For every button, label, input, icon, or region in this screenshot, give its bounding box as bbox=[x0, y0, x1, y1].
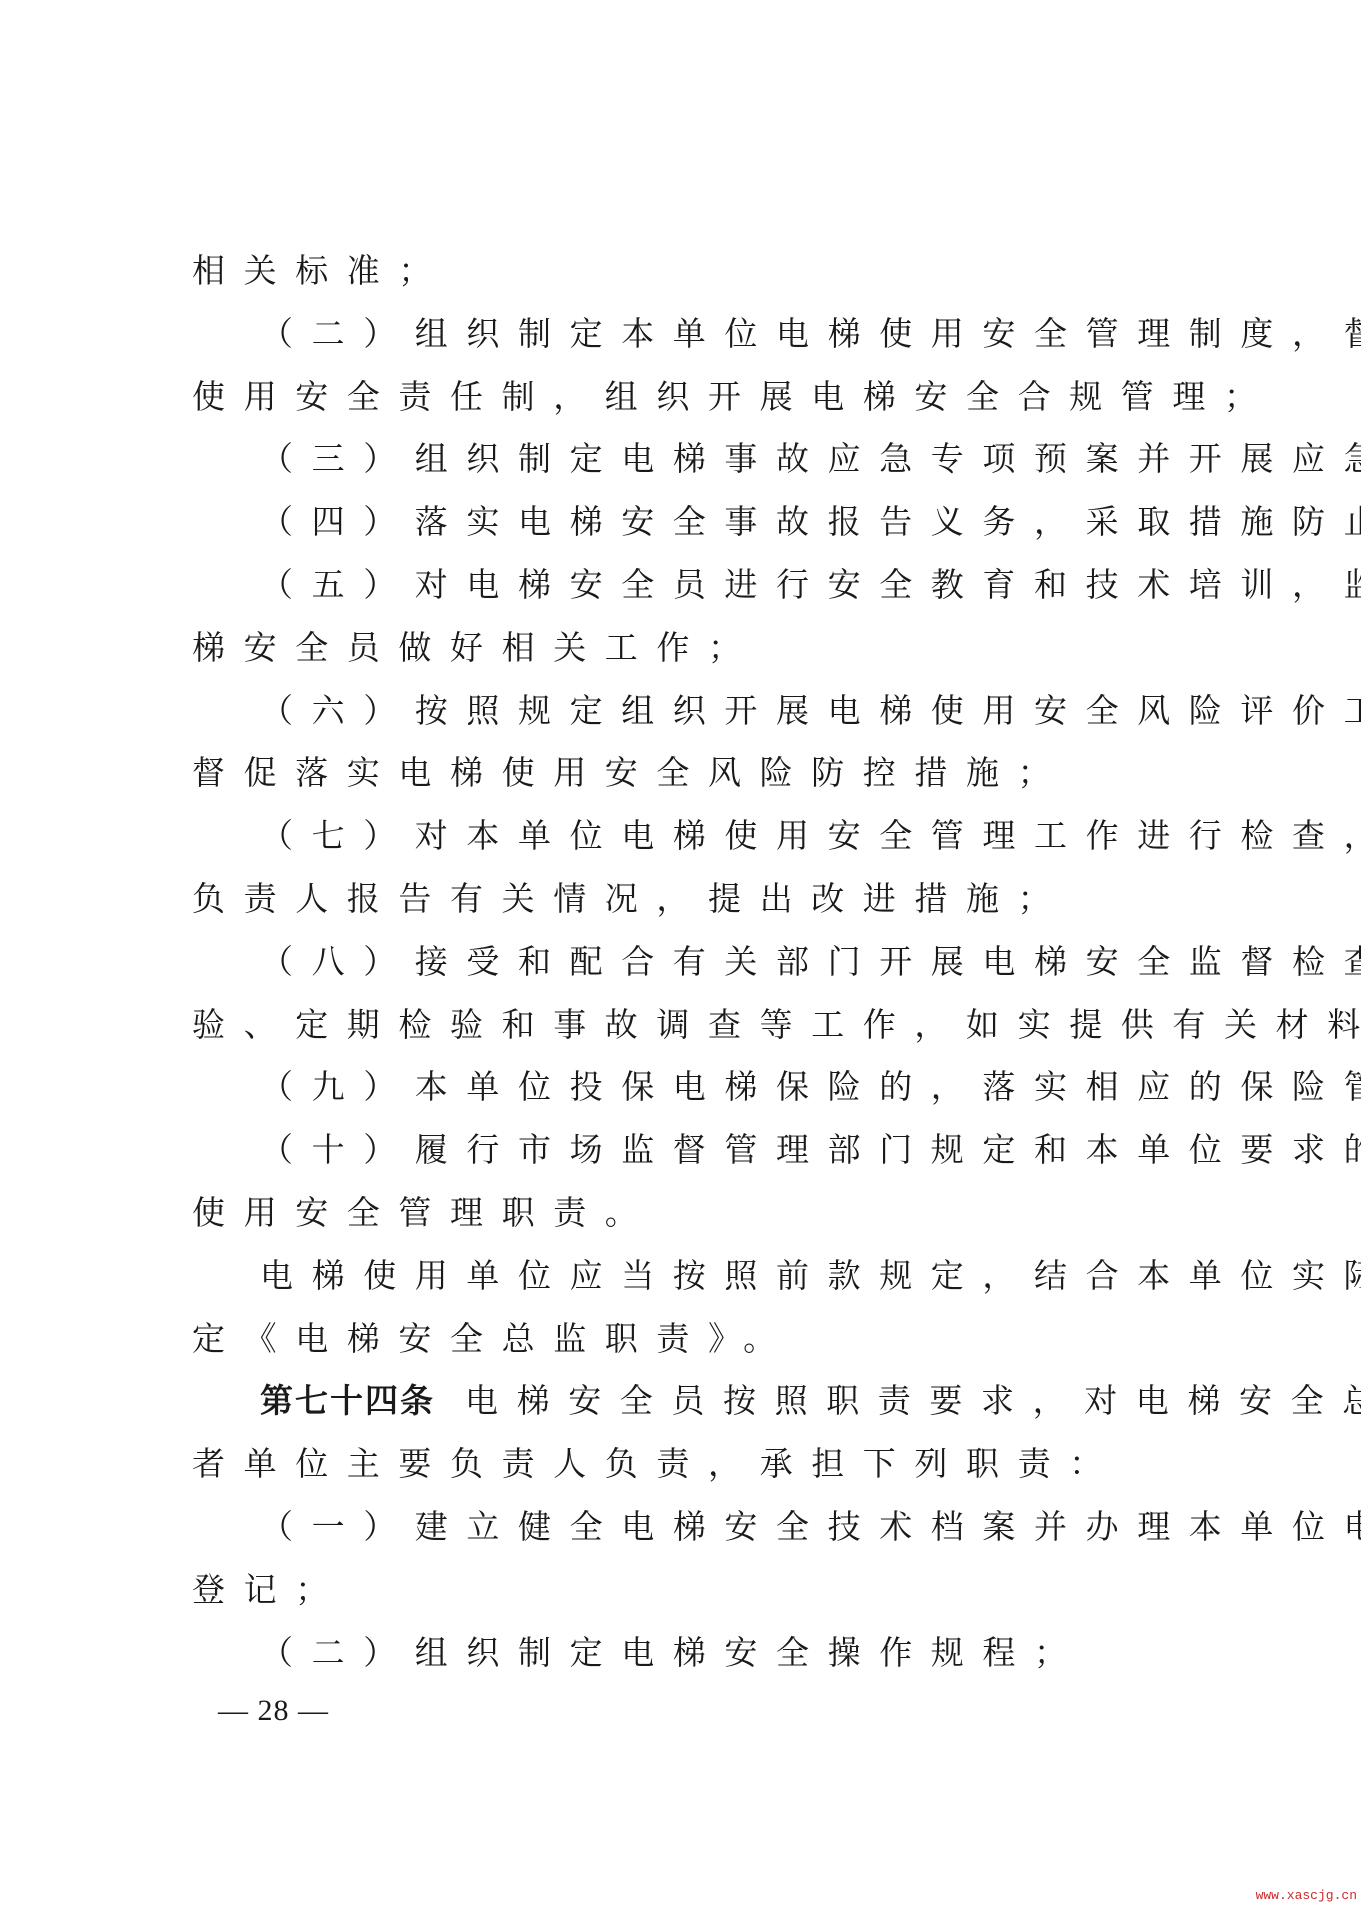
list-item-9: （九）本单位投保电梯保险的，落实相应的保险管理职责； bbox=[192, 1056, 1172, 1119]
page-number: — 28 — bbox=[218, 1694, 329, 1728]
watermark: www.xascjg.cn bbox=[1256, 1888, 1357, 1903]
list-item-2: （二）组织制定本单位电梯使用安全管理制度，督促落实电梯 bbox=[192, 303, 1172, 366]
list-item-6: （六）按照规定组织开展电梯使用安全风险评价工作，拟定并 bbox=[192, 680, 1172, 743]
text-line: 督促落实电梯使用安全风险防控措施； bbox=[192, 742, 1172, 805]
text-line: 验、定期检验和事故调查等工作，如实提供有关材料； bbox=[192, 994, 1172, 1057]
article-item-2: （二）组织制定电梯安全操作规程； bbox=[192, 1622, 1172, 1685]
text-line: 登记； bbox=[192, 1559, 1172, 1622]
article-title: 第七十四条 bbox=[260, 1381, 435, 1420]
list-item-8: （八）接受和配合有关部门开展电梯安全监督检查、监督检 bbox=[192, 931, 1172, 994]
text-line: 相关标准； bbox=[192, 240, 1172, 303]
list-item-3: （三）组织制定电梯事故应急专项预案并开展应急演练； bbox=[192, 428, 1172, 491]
article-text: 电梯安全员按照职责要求，对电梯安全总监或 bbox=[465, 1381, 1361, 1420]
list-item-10: （十）履行市场监督管理部门规定和本单位要求的其他电梯 bbox=[192, 1119, 1172, 1182]
list-item-7: （七）对本单位电梯使用安全管理工作进行检查，及时向主要 bbox=[192, 805, 1172, 868]
document-page: 相关标准； （二）组织制定本单位电梯使用安全管理制度，督促落实电梯 使用安全责任… bbox=[192, 240, 1172, 1684]
text-line: 负责人报告有关情况，提出改进措施； bbox=[192, 868, 1172, 931]
list-item-5: （五）对电梯安全员进行安全教育和技术培训，监督、指导电 bbox=[192, 554, 1172, 617]
text-line: 使用安全管理职责。 bbox=[192, 1182, 1172, 1245]
text-line: 定《电梯安全总监职责》。 bbox=[192, 1308, 1172, 1371]
text-line: 者单位主要负责人负责，承担下列职责： bbox=[192, 1433, 1172, 1496]
article-item-1: （一）建立健全电梯安全技术档案并办理本单位电梯使用 bbox=[192, 1496, 1172, 1559]
paragraph: 电梯使用单位应当按照前款规定，结合本单位实际，细化制 bbox=[192, 1245, 1172, 1308]
text-line: 梯安全员做好相关工作； bbox=[192, 617, 1172, 680]
list-item-4: （四）落实电梯安全事故报告义务，采取措施防止事故扩大； bbox=[192, 491, 1172, 554]
article-heading-line: 第七十四条电梯安全员按照职责要求，对电梯安全总监或 bbox=[192, 1370, 1172, 1433]
text-line: 使用安全责任制，组织开展电梯安全合规管理； bbox=[192, 366, 1172, 429]
